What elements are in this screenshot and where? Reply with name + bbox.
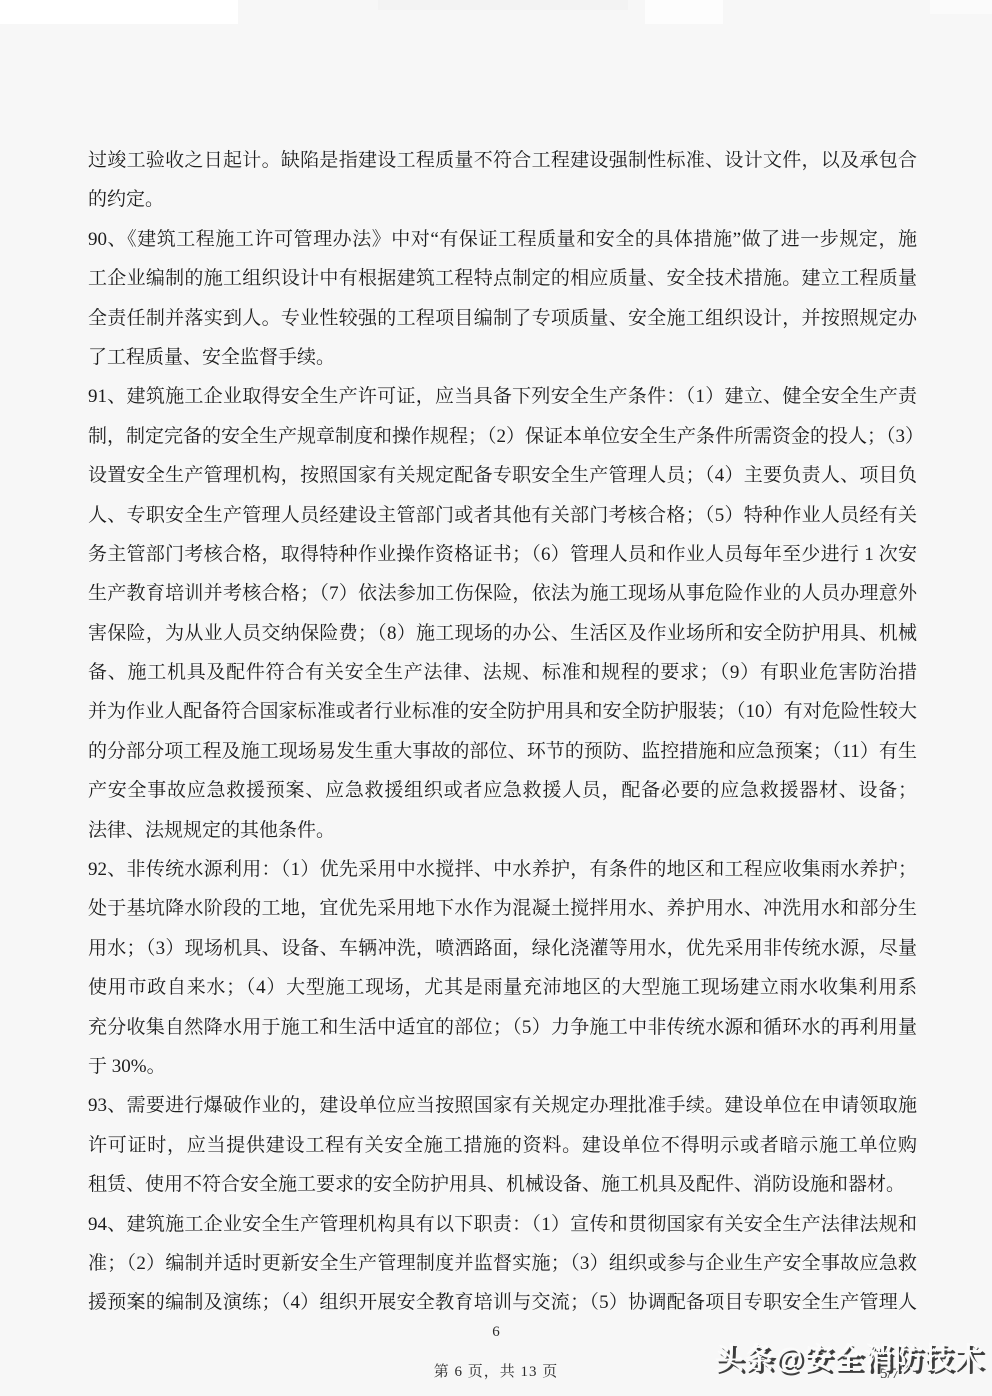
text-line: 生产教育培训并考核合格；（7）依法参加工伤保险，依法为施工现场从事危险作业的人员… (88, 574, 917, 613)
text-line: 制，制定完备的安全生产规章制度和操作规程；（2）保证本单位安全生产条件所需资金的… (88, 417, 917, 456)
text-line: 援预案的编制及演练；（4）组织开展安全教育培训与交流；（5）协调配备项目专职安全… (88, 1283, 917, 1322)
text-line: 产安全事故应急救援预案、应急救援组织或者应急救援人员，配备必要的应急救援器材、设… (88, 771, 917, 810)
text-line: 并为作业人配备符合国家标准或者行业标准的安全防护用具和安全防护服装；（10）有对… (88, 692, 917, 731)
text-line: 害保险，为从业人员交纳保险费；（8）施工现场的办公、生活区及作业场所和安全防护用… (88, 614, 917, 653)
text-line: 工企业编制的施工组织设计中有根据建筑工程特点制定的相应质量、安全技术措施。建立工… (88, 259, 917, 298)
scan-artifact (0, 0, 238, 24)
document-body: 过竣工验收之日起计。缺陷是指建设工程质量不符合工程建设强制性标准、设计文件，以及… (88, 141, 917, 1323)
text-line: 于 30%。 (88, 1047, 917, 1086)
scan-artifact (378, 0, 628, 10)
text-line: 人、专职安全生产管理人员经建设主管部门或者其他有关部门考核合格；（5）特种作业人… (88, 496, 917, 535)
text-line: 的分部分项工程及施工现场易发生重大事故的部位、环节的预防、监控措施和应急预案；（… (88, 732, 917, 771)
text-line: 准；（2）编制并适时更新安全生产管理制度并监督实施；（3）组织或参与企业生产安全… (88, 1244, 917, 1283)
text-line: 91、建筑施工企业取得安全生产许可证，应当具备下列安全生产条件：（1）建立、健全… (88, 377, 917, 416)
scan-artifact (930, 0, 992, 14)
text-line: 93、需要进行爆破作业的，建设单位应当按照国家有关规定办理批准手续。建设单位在申… (88, 1086, 917, 1125)
text-line: 的约定。 (88, 180, 917, 219)
text-line: 90、《建筑工程施工许可管理办法》中对“有保证工程质量和安全的具体措施”做了进一… (88, 220, 917, 259)
text-line: 使用市政自来水；（4）大型施工现场，尤其是雨量充沛地区的大型施工现场建立雨水收集… (88, 968, 917, 1007)
text-line: 用水；（3）现场机具、设备、车辆冲洗，喷洒路面，绿化浇灌等用水，优先采用非传统水… (88, 929, 917, 968)
text-line: 设置安全生产管理机构，按照国家有关规定配备专职安全生产管理人员；（4）主要负责人… (88, 456, 917, 495)
text-line: 处于基坑降水阶段的工地，宜优先采用地下水作为混凝土搅拌用水、养护用水、冲洗用水和… (88, 889, 917, 928)
text-line: 全责任制并落实到人。专业性较强的工程项目编制了专项质量、安全施工组织设计，并按照… (88, 299, 917, 338)
text-line: 92、非传统水源利用：（1）优先采用中水搅拌、中水养护，有条件的地区和工程应收集… (88, 850, 917, 889)
text-line: 充分收集自然降水用于施工和生活中适宜的部位；（5）力争施工中非传统水源和循环水的… (88, 1008, 917, 1047)
text-line: 租赁、使用不符合安全施工要求的安全防护用具、机械设备、施工机具及配件、消防设施和… (88, 1165, 917, 1204)
text-line: 务主管部门考核合格，取得特种作业操作资格证书；（6）管理人员和作业人员每年至少进… (88, 535, 917, 574)
text-line: 备、施工机具及配件符合有关安全生产法律、法规、标准和规程的要求；（9）有职业危害… (88, 653, 917, 692)
scan-artifact (645, 0, 723, 24)
watermark: 头条@安全消防技术 (715, 1336, 984, 1377)
document-page: 过竣工验收之日起计。缺陷是指建设工程质量不符合工程建设强制性标准、设计文件，以及… (0, 0, 992, 1396)
text-line: 法律、法规规定的其他条件。 (88, 811, 917, 850)
text-line: 了工程质量、安全监督手续。 (88, 338, 917, 377)
text-line: 许可证时，应当提供建设工程有关安全施工措施的资料。建设单位不得明示或者暗示施工单… (88, 1126, 917, 1165)
text-line: 过竣工验收之日起计。缺陷是指建设工程质量不符合工程建设强制性标准、设计文件，以及… (88, 141, 917, 180)
text-line: 94、建筑施工企业安全生产管理机构具有以下职责：（1）宣传和贯彻国家有关安全生产… (88, 1205, 917, 1244)
